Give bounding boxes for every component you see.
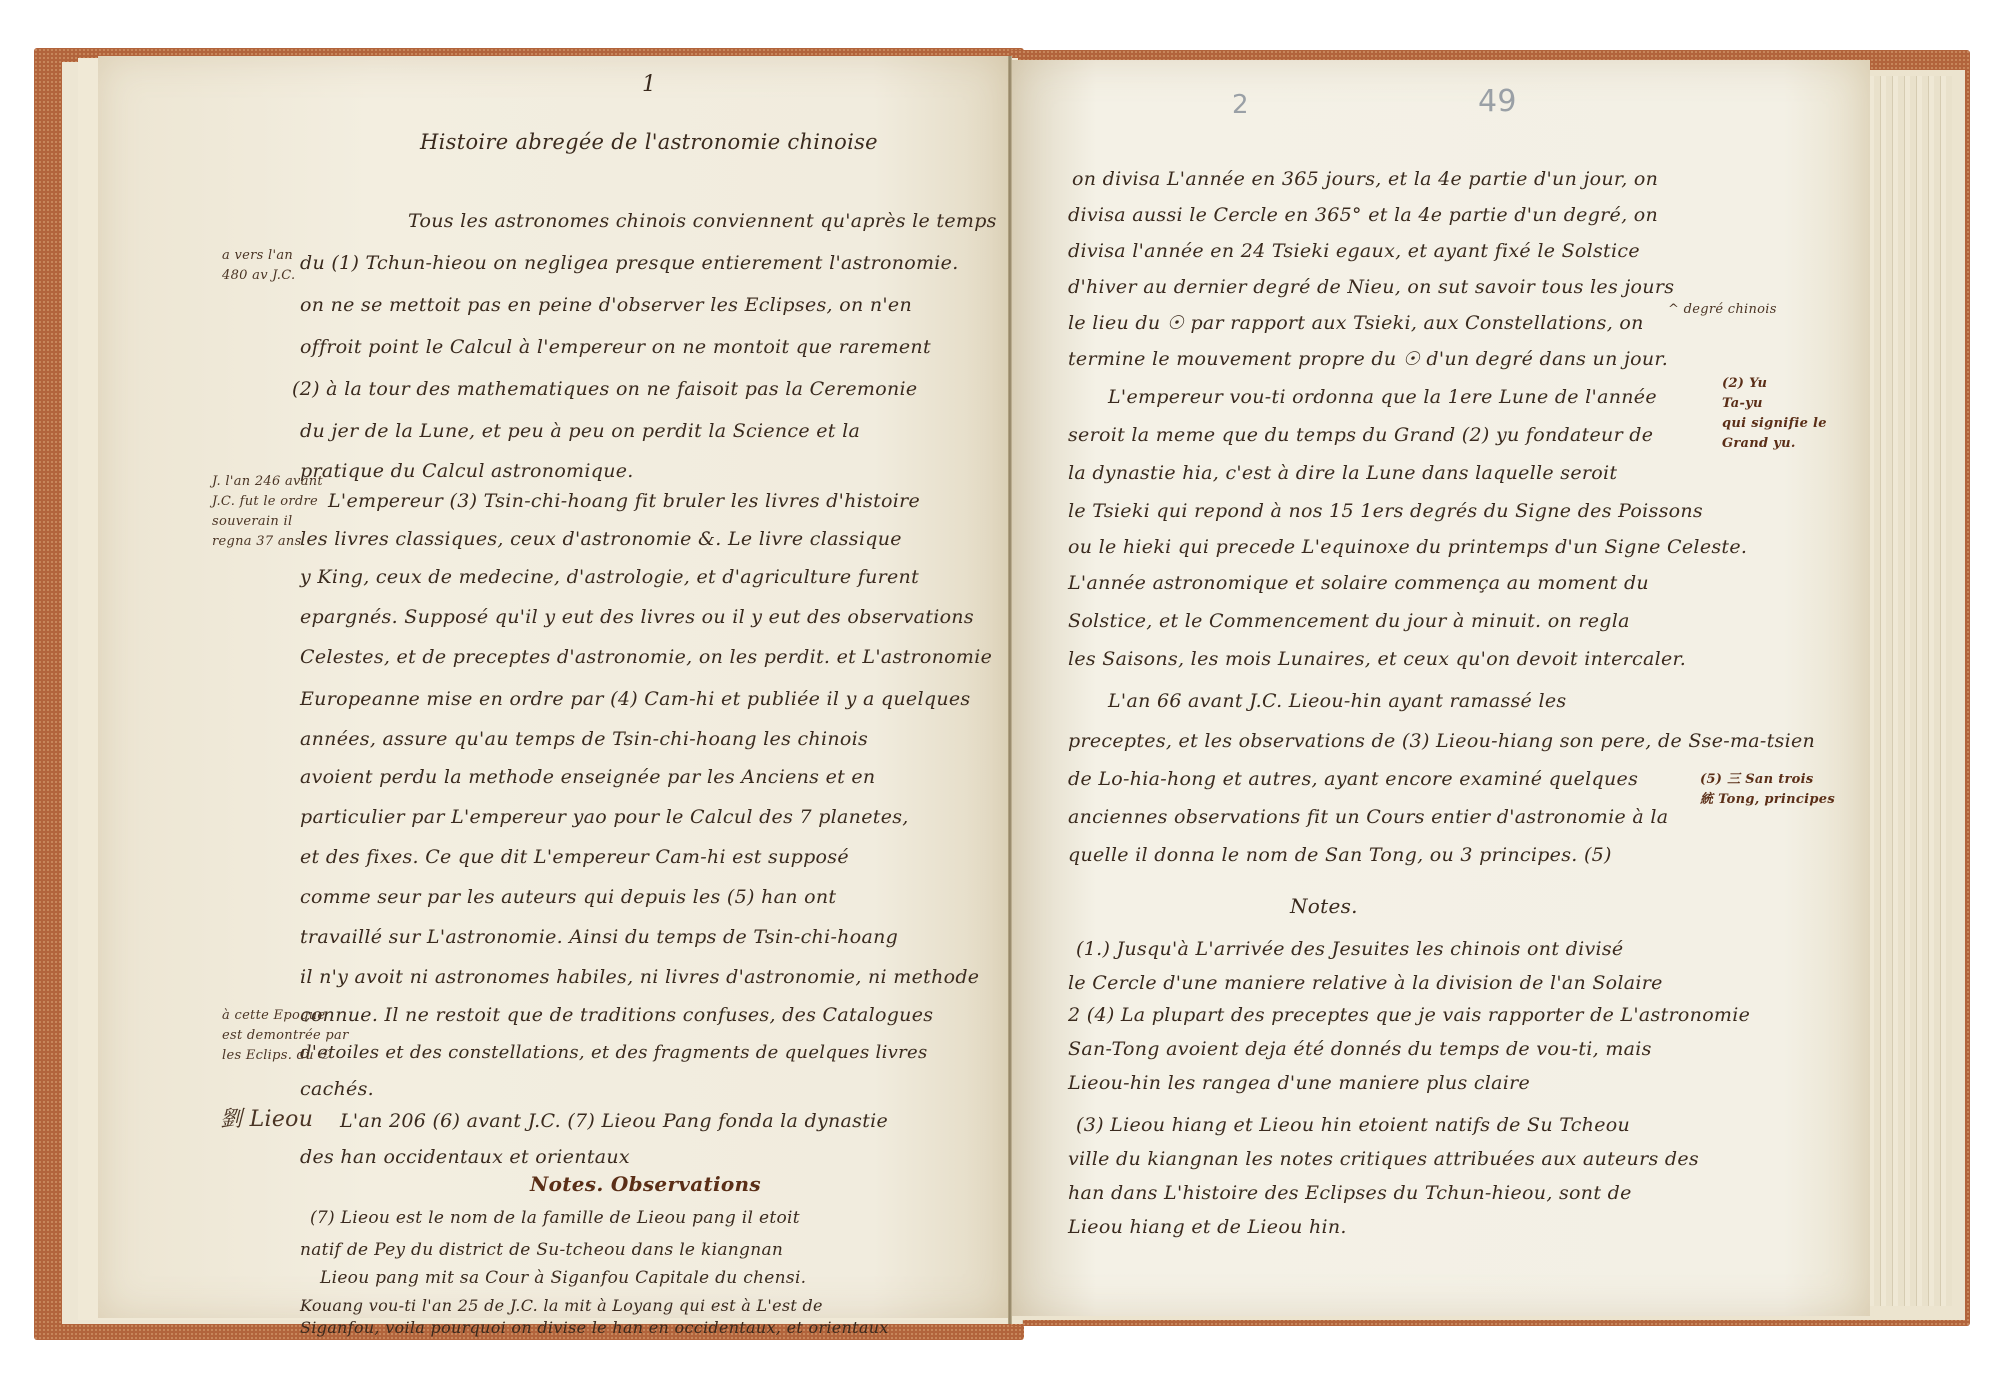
right-note-8: han dans L'histoire des Eclipses du Tchu… [1068,1182,1632,1204]
left-line-22: d'etoiles et des constellations, et des … [300,1042,928,1063]
right-note-1: (1.) Jusqu'à L'arrivée des Jesuites les … [1076,938,1623,960]
right-line-11: ou le hieki qui precede L'equinoxe du pr… [1068,536,1747,558]
right-line-18: anciennes observations fit un Cours enti… [1068,806,1668,828]
manuscript-title: Histoire abregée de l'astronomie chinois… [420,130,878,154]
right-line-19: quelle il donna le nom de San Tong, ou 3… [1068,844,1612,866]
left-line-19: travaillé sur L'astronomie. Ainsi du tem… [300,926,898,948]
left-line-4: offroit point le Calcul à l'empereur on … [300,336,931,358]
left-line-15: avoient perdu la methode enseignée par l… [300,766,875,788]
right-note-9: Lieou hiang et de Lieou hin. [1068,1216,1347,1238]
margin-note-epoch: à cette Epoque est demontrée par les Ecl… [222,1006,349,1066]
left-note-3: Lieou pang mit sa Cour à Siganfou Capita… [320,1268,806,1288]
left-line-1: Tous les astronomes chinois conviennent … [408,210,997,232]
right-line-5: le lieu du ☉ par rapport aux Tsieki, aux… [1068,312,1644,334]
left-line-11: epargnés. Supposé qu'il y eut des livres… [300,606,974,628]
folio-number: 49 [1478,84,1517,119]
left-line-25: des han occidentaux et orientaux [300,1146,630,1168]
right-page-number: 2 [1232,90,1249,120]
right-note-3: 2 (4) La plupart des preceptes que je va… [1068,1004,1750,1026]
left-line-7: pratique du Calcul astronomique. [300,460,634,482]
right-line-8: seroit la meme que du temps du Grand (2)… [1068,424,1653,446]
right-line-10: le Tsieki qui repond à nos 15 1ers degré… [1068,500,1703,522]
right-line-12: L'année astronomique et solaire commença… [1068,572,1649,594]
left-line-24: L'an 206 (6) avant J.C. (7) Lieou Pang f… [340,1110,888,1132]
margin-note-san-tong: (5) 三 San trois 統 Tong, principes [1700,770,1835,810]
left-line-6: du jer de la Lune, et peu à peu on perdi… [300,420,860,442]
left-note-5: Siganfou, voila pourquoi on divise le ha… [300,1318,889,1337]
right-line-14: les Saisons, les mois Lunaires, et ceux … [1068,648,1686,670]
left-line-13: Europeanne mise en ordre par (4) Cam-hi … [300,688,970,710]
margin-note-yu: (2) Yu Ta-yu qui signifie le Grand yu. [1722,374,1827,454]
margin-note-date-480: a vers l'an 480 av J.C. [222,246,295,286]
left-line-21: connue. Il ne restoit que de traditions … [300,1004,933,1026]
left-note-1: (7) Lieou est le nom de la famille de Li… [310,1208,800,1228]
left-line-18: comme seur par les auteurs qui depuis le… [300,886,836,908]
left-line-20: il n'y avoit ni astronomes habiles, ni l… [300,966,979,988]
right-line-13: Solstice, et le Commencement du jour à m… [1068,610,1630,632]
right-line-17: de Lo-hia-hong et autres, ayant encore e… [1068,768,1638,790]
right-note-2: le Cercle d'une maniere relative à la di… [1068,972,1663,994]
left-line-23: cachés. [300,1078,374,1100]
margin-note-degre-chinois: ^ degré chinois [1668,300,1777,320]
right-line-2: divisa aussi le Cercle en 365° et la 4e … [1068,204,1658,226]
left-line-12: Celestes, et de preceptes d'astronomie, … [300,646,992,668]
right-line-3: divisa l'année en 24 Tsieki egaux, et ay… [1068,240,1640,262]
page-edges-right [1862,76,1952,1306]
notes-heading: Notes. Observations [530,1172,761,1196]
right-line-4: d'hiver au dernier degré de Nieu, on sut… [1068,276,1674,298]
right-line-16: preceptes, et les observations de (3) Li… [1068,730,1815,752]
right-line-7: L'empereur vou-ti ordonna que la 1ere Lu… [1108,386,1657,408]
left-note-2: natif de Pey du district de Su-tcheou da… [300,1240,783,1260]
left-line-14: années, assure qu'au temps de Tsin-chi-h… [300,728,868,750]
left-line-5: (2) à la tour des mathematiques on ne fa… [292,378,917,400]
left-line-10: y King, ceux de medecine, d'astrologie, … [300,566,919,588]
right-note-5: Lieou-hin les rangea d'une maniere plus … [1068,1072,1530,1094]
left-line-17: et des fixes. Ce que dit L'empereur Cam-… [300,846,849,868]
left-line-8: L'empereur (3) Tsin-chi-hoang fit bruler… [328,490,920,512]
right-line-9: la dynastie hia, c'est à dire la Lune da… [1068,462,1617,484]
left-line-9: les livres classiques, ceux d'astronomie… [300,528,902,550]
left-note-4: Kouang vou-ti l'an 25 de J.C. la mit à L… [300,1296,823,1315]
margin-note-date-246: J. l'an 246 avant J.C. fut le ordre souv… [212,472,323,552]
right-note-4: San-Tong avoient deja été donnés du temp… [1068,1038,1652,1060]
left-line-3: on ne se mettoit pas en peine d'observer… [300,294,912,316]
left-line-2: du (1) Tchun-hieou on negligea presque e… [300,252,959,274]
right-note-7: ville du kiangnan les notes critiques at… [1068,1148,1699,1170]
right-note-6: (3) Lieou hiang et Lieou hin etoient nat… [1076,1114,1630,1136]
left-page-number: 1 [642,72,656,97]
book-gutter [1008,56,1012,1324]
right-line-1: on divisa L'année en 365 jours, et la 4e… [1072,168,1658,190]
right-line-6: termine le mouvement propre du ☉ d'un de… [1068,348,1668,370]
left-line-16: particulier par L'empereur yao pour le C… [300,806,909,828]
right-line-15: L'an 66 avant J.C. Lieou-hin ayant ramas… [1108,690,1566,712]
margin-note-lieou-character: 劉 Lieou [220,1110,313,1130]
notes-heading-right: Notes. [1290,894,1358,918]
